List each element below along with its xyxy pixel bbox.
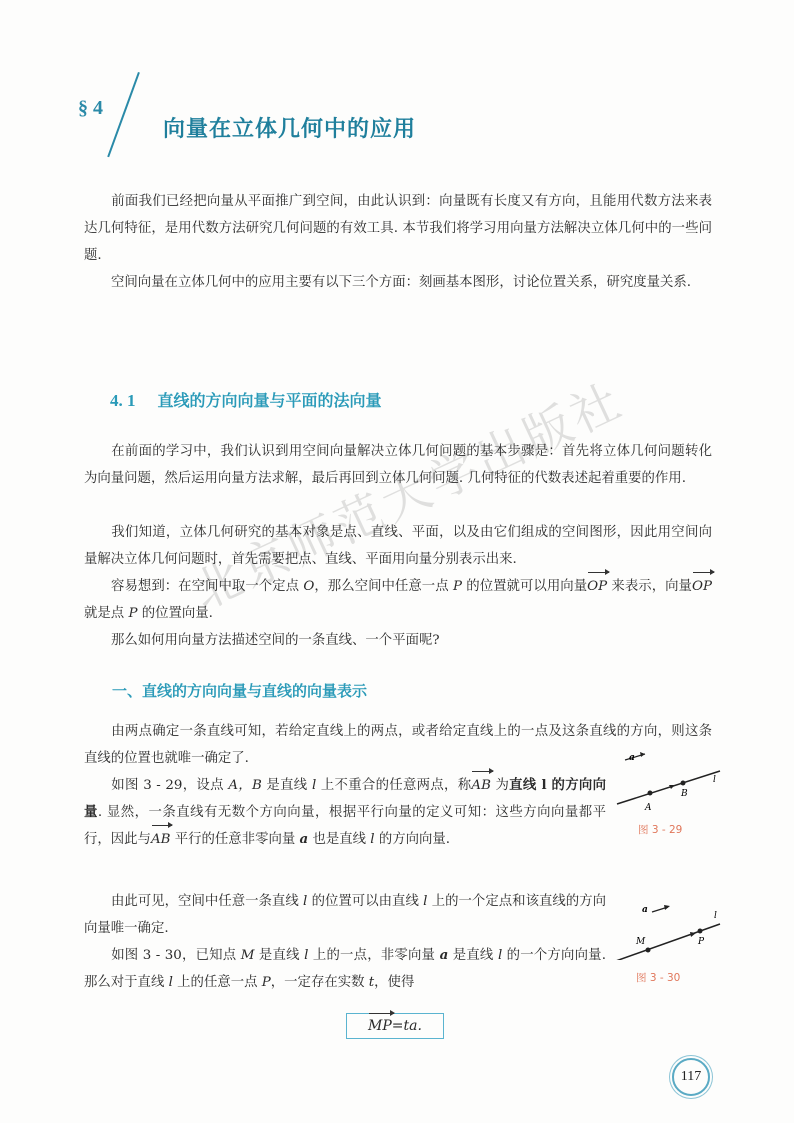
fig30-label-l: l <box>714 911 717 921</box>
figure-3-30-diagram: a M P l <box>600 900 725 960</box>
text: 上的任意一点 <box>173 975 262 990</box>
intro-p2-text: 空间向量在立体几何中的应用主要有以下三个方面：刻画基本图形，讨论位置关系，研究度… <box>111 275 691 290</box>
formula-box: MP=ta. <box>346 1013 444 1039</box>
text: 的位置可以由直线 <box>307 894 423 909</box>
vector-OP: OP <box>692 573 712 600</box>
figure-3-30-caption: 图 3 - 30 <box>636 970 680 985</box>
vector-OP: OP <box>587 573 607 600</box>
section-4-1-paragraph-4: 那么如何用向量方法描述空间的一条直线、一个平面呢? <box>84 627 712 654</box>
formula-rhs: =ta. <box>392 1018 422 1034</box>
text: 上不重合的任意两点，称 <box>316 778 471 793</box>
text: 的方向向量. <box>375 832 450 847</box>
text: ，一定存在实数 <box>271 975 369 990</box>
fig29-label-A: A <box>644 803 652 812</box>
page-number: 117 <box>672 1058 710 1096</box>
text: 是直线 <box>254 948 304 963</box>
vector-a: a <box>440 947 449 963</box>
chapter-title: 向量在立体几何中的应用 <box>163 112 416 143</box>
subsection-1-paragraph-2: 如图 3 - 29，设点 A，B 是直线 l 上不重合的任意两点，称AB 为直线… <box>84 772 606 853</box>
section-4-1-heading: 4. 1直线的方向向量与平面的法向量 <box>110 388 382 411</box>
text: 的位置向量. <box>137 606 212 621</box>
header-slash-divider <box>107 72 140 157</box>
intro-p1-text: 前面我们已经把向量从平面推广到空间，由此认识到：向量既有长度又有方向，且能用代数… <box>84 194 712 263</box>
text: 为 <box>491 778 509 793</box>
text: 平行的任意非零向量 <box>170 832 299 847</box>
section-4-1-paragraph-1: 在前面的学习中，我们认识到用空间向量解决立体几何问题的基本步骤是：首先将立体几何… <box>84 438 712 492</box>
section-4-1-paragraph-2: 我们知道，立体几何研究的基本对象是点、直线、平面，以及由它们组成的空间图形，因此… <box>84 519 712 573</box>
point-M: M <box>241 948 255 963</box>
intro-paragraph-1: 前面我们已经把向量从平面推广到空间，由此认识到：向量既有长度又有方向，且能用代数… <box>84 188 712 269</box>
section-4-1-paragraph-3: 容易想到：在空间中取一个定点 O，那么空间中任意一点 P 的位置就可以用向量OP… <box>84 573 712 627</box>
text: 由此可见，空间中任意一条直线 <box>111 894 303 909</box>
text: 容易想到：在空间中取一个定点 <box>111 579 303 594</box>
text: 就是点 <box>84 606 128 621</box>
points-A-B: A，B <box>228 778 262 793</box>
fig29-label-B: B <box>680 789 688 799</box>
text: 如图 3 - 30，已知点 <box>111 948 241 963</box>
text: 上的一点，非零向量 <box>308 948 439 963</box>
text: 也是直线 <box>308 832 370 847</box>
figure-3-29-caption: 图 3 - 29 <box>638 822 682 837</box>
fig29-label-a: a <box>629 753 635 763</box>
vector-a: a <box>300 831 309 847</box>
section-4-1-title: 直线的方向向量与平面的法向量 <box>158 391 382 410</box>
section-4-1-number: 4. 1 <box>110 391 136 410</box>
point-P: P <box>262 975 271 990</box>
vector-AB: AB <box>151 826 171 853</box>
subsection-1-paragraph-3: 由此可见，空间中任意一条直线 l 的位置可以由直线 l 上的一个定点和该直线的方… <box>84 888 606 942</box>
s41-p2-text: 我们知道，立体几何研究的基本对象是点、直线、平面，以及由它们组成的空间图形，因此… <box>84 525 712 567</box>
fig29-label-l: l <box>713 775 716 785</box>
intro-paragraph-2: 空间向量在立体几何中的应用主要有以下三个方面：刻画基本图形，讨论位置关系，研究度… <box>84 269 712 296</box>
text: ，那么空间中任意一点 <box>314 579 453 594</box>
fig30-label-P: P <box>697 937 705 947</box>
subsection-1-paragraph-4: 如图 3 - 30，已知点 M 是直线 l 上的一点，非零向量 a 是直线 l … <box>84 942 606 996</box>
text: 来表示，向量 <box>607 579 692 594</box>
text: 的位置就可以用向量 <box>462 579 587 594</box>
fig30-label-M: M <box>635 937 646 947</box>
figure-3-29-diagram: a A B l <box>605 752 730 812</box>
fig30-label-a: a <box>642 905 648 915</box>
s41-p1-text: 在前面的学习中，我们认识到用空间向量解决立体几何问题的基本步骤是：首先将立体几何… <box>84 444 712 486</box>
section-number: § 4 <box>78 97 103 120</box>
text: 是直线 <box>448 948 498 963</box>
s41-p4-text: 那么如何用向量方法描述空间的一条直线、一个平面呢? <box>111 633 440 648</box>
vector-MP: MP <box>368 1014 392 1038</box>
text: 是直线 <box>262 778 312 793</box>
vector-AB: AB <box>471 772 491 799</box>
point-P: P <box>453 579 462 594</box>
text: 如图 3 - 29，设点 <box>111 778 228 793</box>
subsection-1-heading: 一、直线的方向向量与直线的向量表示 <box>112 680 367 701</box>
point-O: O <box>303 579 314 594</box>
text: ，使得 <box>374 975 414 990</box>
